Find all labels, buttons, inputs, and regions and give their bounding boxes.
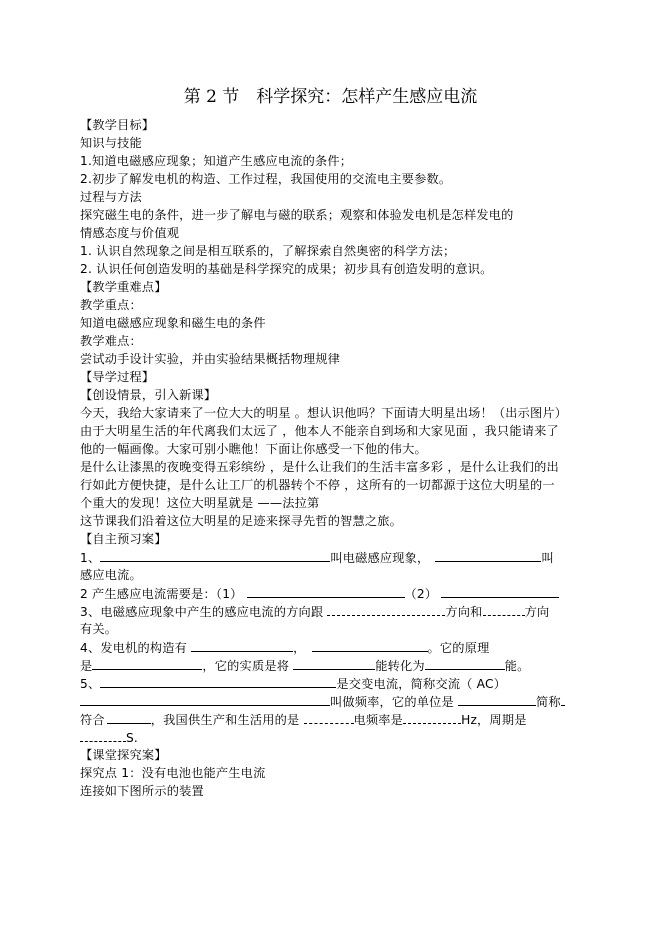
q5-text: 是交变电流，简称交流（ AC）	[336, 677, 506, 691]
blank[interactable]	[327, 602, 445, 616]
q5-text-6: 电频率是	[354, 713, 404, 727]
q3-text-2: 方向和	[445, 605, 482, 619]
q5-text-3: 简称	[536, 695, 561, 709]
question-1: 1、叫电磁感应现象，叫	[80, 548, 554, 567]
blank[interactable]	[312, 638, 428, 652]
key-header: 【教学重难点】	[80, 278, 167, 296]
blank[interactable]	[247, 584, 405, 598]
q1-text-end: 叫	[541, 551, 553, 565]
blank[interactable]	[100, 674, 336, 688]
process-guide-header: 【导学过程】	[80, 368, 154, 386]
question-5-cont-1: 叫做频率，它的单位是 简称	[80, 692, 565, 711]
blank[interactable]	[425, 656, 505, 670]
question-4-cont: 是，它的实质是将 能转化为能。	[80, 656, 530, 675]
explore-instruction: 连接如下图所示的装置	[80, 782, 204, 800]
preview-header: 【自主预习案】	[80, 530, 167, 548]
intro-line-3: 他的一幅画像。大家可别小瞧他！下面让你感受一下他的伟大。	[80, 440, 427, 458]
knowledge-header: 知识与技能	[80, 134, 142, 152]
intro-line-1: 今天，我给大家请来了一位大大的明星 。想认识他吗？下面请大明星出场！（出示图片）	[80, 404, 567, 422]
objectives-header: 【教学目标】	[80, 116, 154, 134]
class-header: 【课堂探究案】	[80, 746, 167, 764]
process-header: 过程与方法	[80, 188, 142, 206]
q4-text-3: 。它的原理	[428, 641, 490, 655]
question-4: 4、发电机的构造有 ，。它的原理	[80, 638, 489, 657]
intro-line-2: 由于大明星生活的年代离我们太远了 ，他本人不能亲自到场和大家见面 ，我只能请来了	[80, 422, 559, 440]
key-point: 知道电磁感应现象和磁生电的条件	[80, 314, 266, 332]
blank[interactable]	[92, 656, 202, 670]
document-page: 第 2 节 科学探究：怎样产生感应电流 【教学目标】 知识与技能 1.知道电磁感…	[0, 0, 661, 935]
q5-number: 5、	[80, 677, 100, 691]
question-2: 2 产生感应电流需要是：（1）（2）	[80, 584, 559, 603]
intro-line-7: 这节课我们沿着这位大明星的足迹来探寻先哲的智慧之旅。	[80, 512, 402, 530]
blank[interactable]	[100, 548, 330, 562]
blank[interactable]	[458, 692, 536, 706]
q5-text-7: Hz，周期是	[461, 713, 527, 727]
intro-line-4: 是什么让漆黑的夜晚变得五彩缤纷 ，是什么让我们的生活丰富多彩 ，是什么让我们的出	[80, 458, 559, 476]
difficulty: 尝试动手设计实验，并由实验结果概括物理规律	[80, 350, 340, 368]
question-3: 3、电磁感应现象中产生的感应电流的方向跟 方向和方向	[80, 602, 549, 621]
q2-text: 2 产生感应电流需要是：（1）	[80, 587, 243, 601]
blank[interactable]	[80, 728, 126, 742]
question-1-cont: 感应电流。	[80, 566, 142, 584]
blank[interactable]	[435, 548, 541, 562]
process-item-1: 探究磁生电的条件，进一步了解电与磁的联系；观察和体验发电机是怎样发电的	[80, 206, 514, 224]
blank[interactable]	[561, 692, 565, 706]
knowledge-item-2: 2.初步了解发电机的构造、工作过程，我国使用的交流电主要参数。	[80, 170, 451, 188]
q1-number: 1、	[80, 551, 100, 565]
blank[interactable]	[304, 710, 354, 724]
q5-text-5: ，我国供生产和生活用的是	[151, 713, 304, 727]
blank[interactable]	[441, 584, 559, 598]
attitude-item-1: 1. 认识自然现象之间是相互联系的，了解探索自然奥密的科学方法；	[80, 242, 455, 260]
intro-header: 【创设情景，引入新课】	[80, 386, 216, 404]
blank[interactable]	[403, 710, 461, 724]
question-5-cont-3: S.	[80, 728, 138, 747]
explore-point-1: 探究点 1：没有电池也能产生电流	[80, 764, 265, 782]
intro-line-6: 个重大的发现！这位大明星就是 ——法拉第	[80, 494, 319, 512]
q5-text-8: S.	[126, 731, 138, 745]
difficulty-label: 教学难点：	[80, 332, 142, 350]
attitude-item-2: 2. 认识任何创造发明的基础是科学探究的成果；初步具有创造发明的意识。	[80, 260, 493, 278]
blank[interactable]	[483, 602, 525, 616]
q5-text-4: 符合	[80, 713, 105, 727]
question-5-cont-2: 符合，我国供生产和生活用的是 电频率是Hz，周期是	[80, 710, 527, 729]
key-point-label: 教学重点：	[80, 296, 142, 314]
q4-text-2: ，	[293, 641, 305, 655]
knowledge-item-1: 1.知道电磁感应现象；知道产生感应电流的条件；	[80, 152, 352, 170]
q2-text-2: （2）	[405, 587, 438, 601]
question-5: 5、是交变电流，简称交流（ AC）	[80, 674, 506, 693]
blank[interactable]	[191, 638, 293, 652]
q4-text-7: 能。	[505, 659, 530, 673]
attitude-header: 情感态度与价值观	[80, 224, 179, 242]
q4-text: 4、发电机的构造有	[80, 641, 191, 655]
page-title: 第 2 节 科学探究：怎样产生感应电流	[0, 86, 661, 108]
q5-text-2: 叫做频率，它的单位是	[330, 695, 458, 709]
blank[interactable]	[293, 656, 375, 670]
question-3-cont: 有关。	[80, 620, 117, 638]
blank[interactable]	[107, 710, 151, 724]
blank[interactable]	[80, 692, 330, 706]
q1-text: 叫电磁感应现象，	[330, 551, 429, 565]
q3-text-3: 方向	[525, 605, 550, 619]
q4-text-5: ，它的实质是将	[202, 659, 293, 673]
q3-text: 3、电磁感应现象中产生的感应电流的方向跟	[80, 605, 327, 619]
q4-text-6: 能转化为	[375, 659, 425, 673]
intro-line-5: 行如此方便快捷，是什么让工厂的机器转个不停 ，这所有的一切都源于这位大明星的一	[80, 476, 555, 494]
q4-text-4: 是	[80, 659, 92, 673]
